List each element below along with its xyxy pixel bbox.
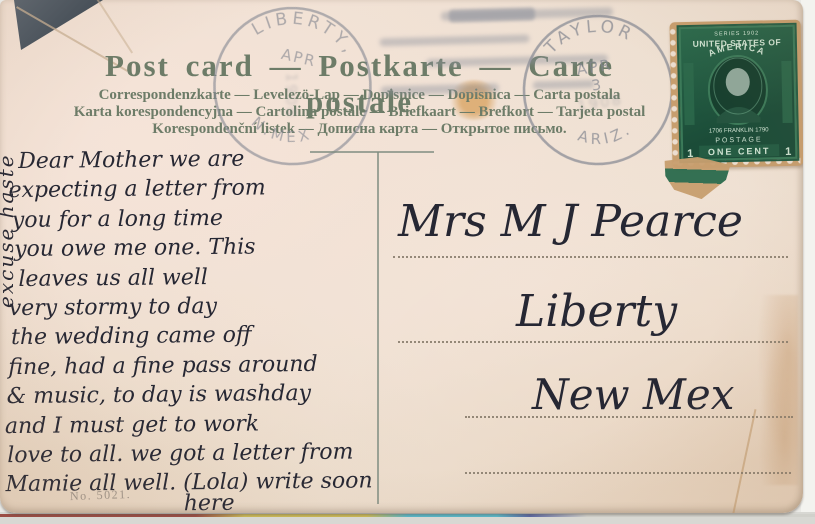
stamp-denomination: 1 bbox=[785, 146, 791, 158]
stamp-postage: POSTAGE bbox=[715, 136, 762, 144]
address-dotted-line bbox=[393, 256, 788, 258]
taylor-postmark: TAYLOR ARIZ. APR 3 1908 bbox=[502, 0, 694, 186]
message-line: expecting a letter from bbox=[8, 172, 416, 206]
scan-edge-artifact-line bbox=[0, 514, 815, 517]
scanner-background-right bbox=[801, 0, 815, 524]
handwritten-message: Dear Mother we are expecting a letter fr… bbox=[2, 143, 420, 513]
postmark-day: 3 bbox=[590, 75, 604, 95]
message-line: leaves us all well bbox=[18, 260, 417, 294]
stamp-series: SERIES 1902 bbox=[714, 31, 759, 38]
postmark-state: ARIZ. bbox=[573, 118, 637, 152]
address-name: Mrs M J Pearce bbox=[398, 196, 743, 247]
message-line: the wedding came off bbox=[11, 319, 418, 353]
postmark-town: TAYLOR bbox=[537, 10, 640, 61]
franklin-one-cent-stamp: SERIES 1902 UNITED STATES OF AMERICA 170… bbox=[669, 20, 803, 169]
stamp-name-line: 1706 FRANKLIN 1790 bbox=[709, 127, 769, 134]
stamp-side-ornament bbox=[781, 61, 792, 123]
message-line: and I must get to work bbox=[5, 407, 419, 441]
address-state: New Mex bbox=[532, 370, 734, 419]
stain bbox=[752, 295, 798, 485]
side-note-excuse-haste: excuse haste bbox=[0, 58, 18, 308]
address-dotted-line bbox=[465, 472, 791, 474]
message-line: love to all. we got a letter from bbox=[7, 437, 419, 471]
stamp-side-ornament bbox=[683, 63, 694, 125]
crease-line bbox=[85, 0, 133, 53]
message-line: you for a long time bbox=[12, 202, 417, 236]
address-dotted-line bbox=[398, 341, 788, 343]
message-line: fine, had a fine pass around bbox=[8, 349, 418, 383]
message-line: & music, to day is washday bbox=[7, 378, 419, 412]
message-line: Dear Mother we are bbox=[18, 143, 416, 177]
address-dotted-line bbox=[465, 416, 793, 418]
message-line: very stormy to day bbox=[9, 290, 418, 324]
address-city: Liberty bbox=[516, 286, 677, 337]
message-line: you owe me one. This bbox=[14, 231, 417, 265]
postcard-back: Post card — Postkarte — Carte postale Co… bbox=[0, 0, 803, 513]
svg-text:TAYLOR: TAYLOR bbox=[537, 10, 640, 61]
stamp-value: ONE CENT bbox=[708, 146, 771, 157]
printed-card-number: No. 5021. bbox=[70, 487, 132, 504]
postmark-date-smudged: 1908 bbox=[282, 73, 301, 119]
postmark-year: 1908 bbox=[576, 90, 624, 115]
postmark-month: APR bbox=[280, 45, 319, 71]
scanned-postcard-image: Post card — Postkarte — Carte postale Co… bbox=[0, 0, 815, 524]
stamp-design: SERIES 1902 UNITED STATES OF AMERICA 170… bbox=[677, 23, 800, 163]
svg-text:ARIZ.: ARIZ. bbox=[573, 118, 637, 152]
